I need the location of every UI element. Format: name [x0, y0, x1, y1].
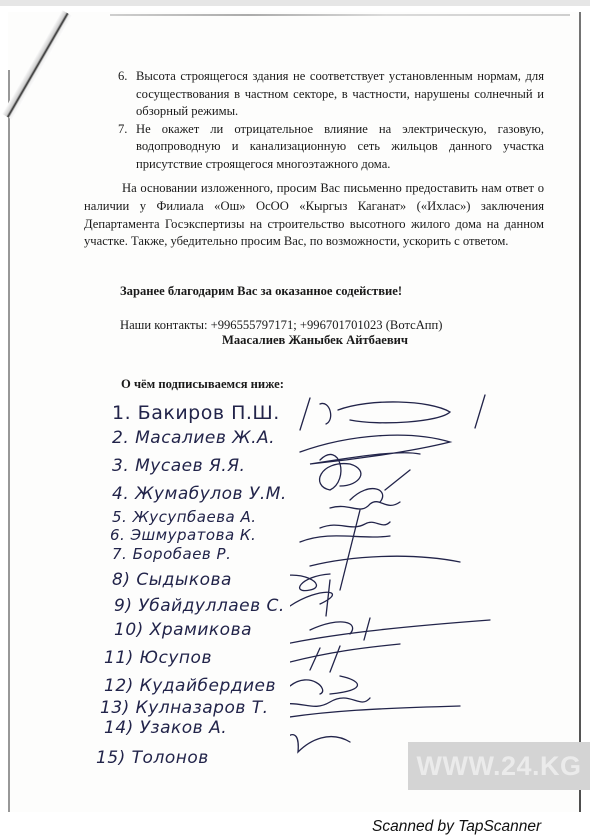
numbered-list: 6. Высота строящегося здания не соответс… — [118, 68, 544, 173]
scanner-footer: Scanned by TapScanner — [372, 818, 541, 836]
signature-entry: 1. Бакиров П.Ш. — [112, 402, 280, 424]
handwritten-signatures — [290, 390, 500, 760]
signature-entry: 12) Кудайбердиев — [104, 676, 276, 696]
thanks-line: Заранее благодарим Вас за оказанное соде… — [120, 284, 402, 299]
signer-name: Маасалиев Жаныбек Айтбаевич — [222, 333, 408, 348]
page-edge-shadow — [579, 12, 581, 812]
signatures-heading: О чём подписываемся ниже: — [121, 377, 284, 392]
signature-entry: 13) Кулназаров Т. — [100, 698, 269, 718]
item-number: 7. — [118, 121, 127, 139]
signature-entry: 9) Убайдуллаев С. — [114, 596, 285, 616]
item-text: Не окажет ли отрицательное влияние на эл… — [136, 122, 544, 171]
top-band — [0, 0, 590, 6]
signature-entry: 7. Боробаев Р. — [112, 545, 231, 563]
signature-entry: 8) Сыдыкова — [112, 570, 232, 590]
signature-entry: 4. Жумабулов У.М. — [112, 484, 287, 504]
signature-entry: 3. Мусаев Я.Я. — [112, 456, 245, 476]
request-paragraph: На основании изложенного, просим Вас пис… — [84, 180, 544, 251]
signature-entry: 2. Масалиев Ж.А. — [112, 428, 275, 448]
page-edge-shadow — [8, 70, 10, 812]
scan-smudge — [110, 14, 570, 16]
item-number: 6. — [118, 68, 127, 86]
watermark: WWW.24.KG — [408, 742, 590, 790]
signature-entry: 11) Юсупов — [104, 648, 212, 668]
contacts-line: Наши контакты: +996555797171; +996701701… — [120, 318, 442, 333]
signature-entry: 14) Узаков А. — [104, 718, 227, 738]
signature-entry: 6. Эшмуратова К. — [110, 526, 256, 544]
signature-entry: 10) Храмикова — [114, 620, 252, 640]
signature-entry: 5. Жусупбаева А. — [112, 508, 257, 526]
signature-entry: 15) Толонов — [96, 748, 209, 768]
item-text: Высота строящегося здания не соответству… — [136, 69, 544, 118]
list-item: 6. Высота строящегося здания не соответс… — [118, 68, 544, 121]
list-item: 7. Не окажет ли отрицательное влияние на… — [118, 121, 544, 174]
